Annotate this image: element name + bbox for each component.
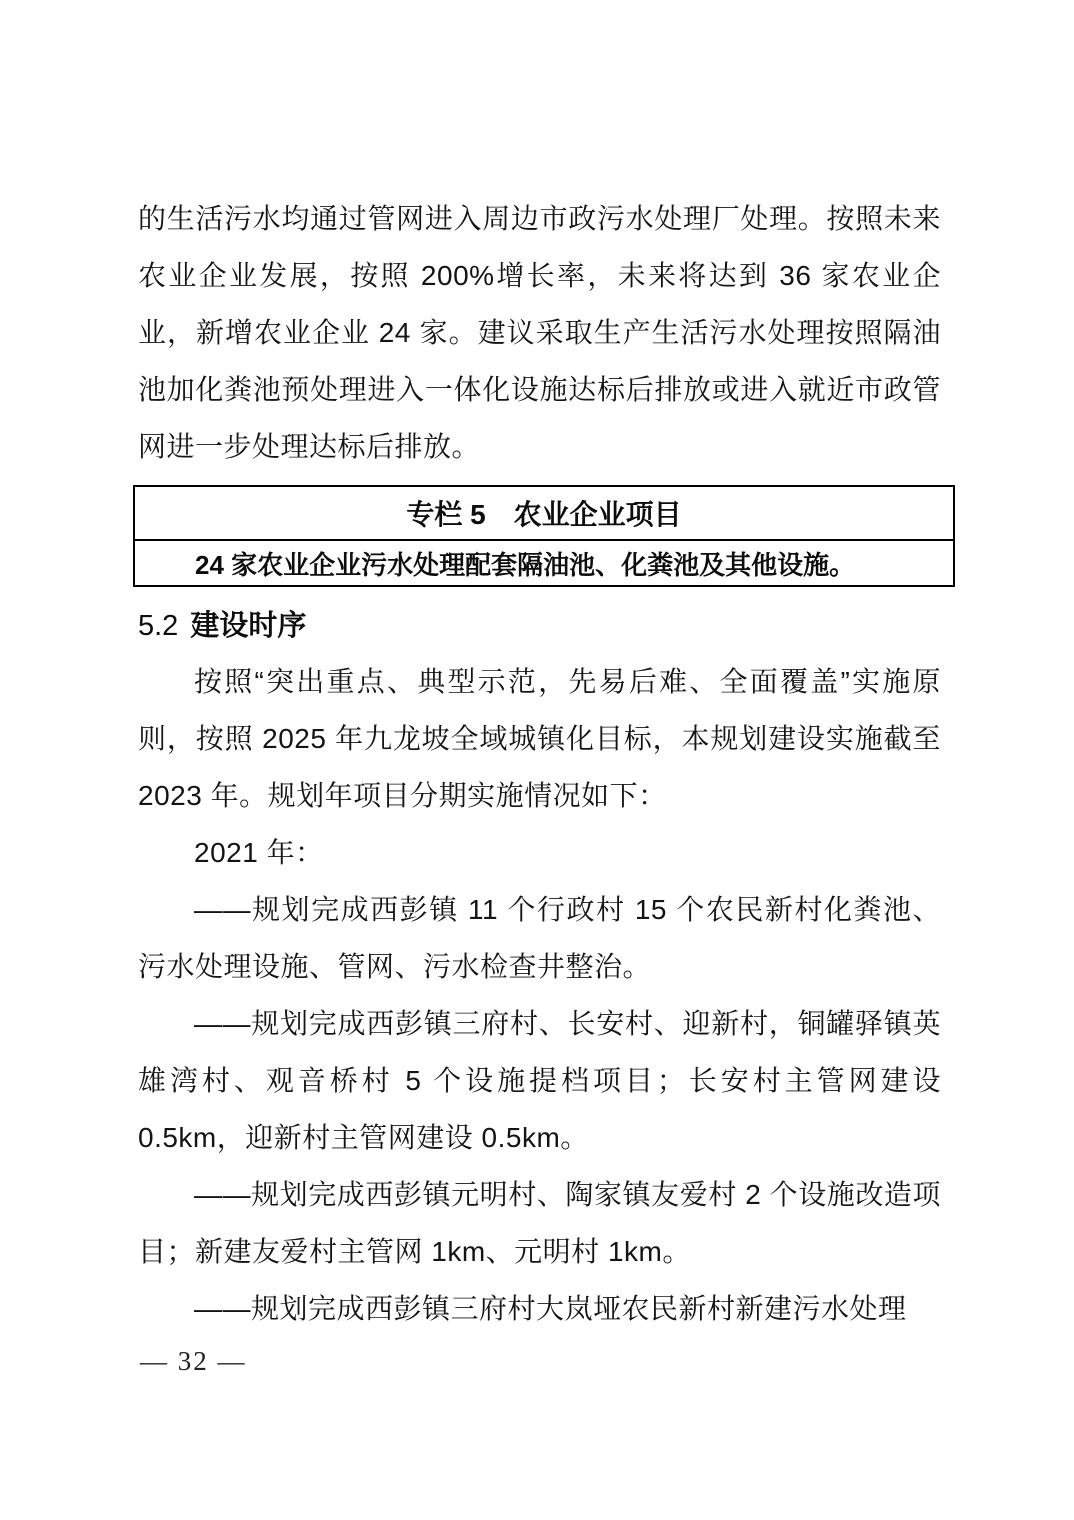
section-title: 建设时序 [190,610,306,642]
list-item-4: ——规划完成西彭镇三府村大岚垭农民新村新建污水处理 [138,1280,941,1337]
callout-box-title: 专栏 5 农业企业项目 [134,486,954,540]
section-number: 5.2 [138,610,178,642]
callout-box-body-row: 24 家农业企业污水处理配套隔油池、化粪池及其他设施。 [134,540,954,586]
callout-box-title-row: 专栏 5 农业企业项目 [134,486,954,540]
year-label: 2021 年： [138,824,941,881]
list-item-1: ——规划完成西彭镇 11 个行政村 15 个农民新村化粪池、污水处理设施、管网、… [138,881,941,995]
document-content: 的生活污水均通过管网进入周边市政污水处理厂处理。按照未来农业企业发展，按照 20… [138,190,941,1337]
list-item-2: ——规划完成西彭镇三府村、长安村、迎新村，铜罐驿镇英雄湾村、观音桥村 5 个设施… [138,995,941,1166]
page-number: — 32 — [140,1346,247,1377]
list-item-3: ——规划完成西彭镇元明村、陶家镇友爱村 2 个设施改造项目；新建友爱村主管网 1… [138,1166,941,1280]
section-heading: 5.2建设时序 [138,599,941,653]
callout-box: 专栏 5 农业企业项目 24 家农业企业污水处理配套隔油池、化粪池及其他设施。 [133,485,955,587]
paragraph-principle: 按照“突出重点、典型示范，先易后难、全面覆盖”实施原则，按照 2025 年九龙坡… [138,653,941,824]
callout-box-body: 24 家农业企业污水处理配套隔油池、化粪池及其他设施。 [134,540,954,586]
document-page: 的生活污水均通过管网进入周边市政污水处理厂处理。按照未来农业企业发展，按照 20… [0,0,1074,1520]
paragraph-intro: 的生活污水均通过管网进入周边市政污水处理厂处理。按照未来农业企业发展，按照 20… [138,190,941,475]
